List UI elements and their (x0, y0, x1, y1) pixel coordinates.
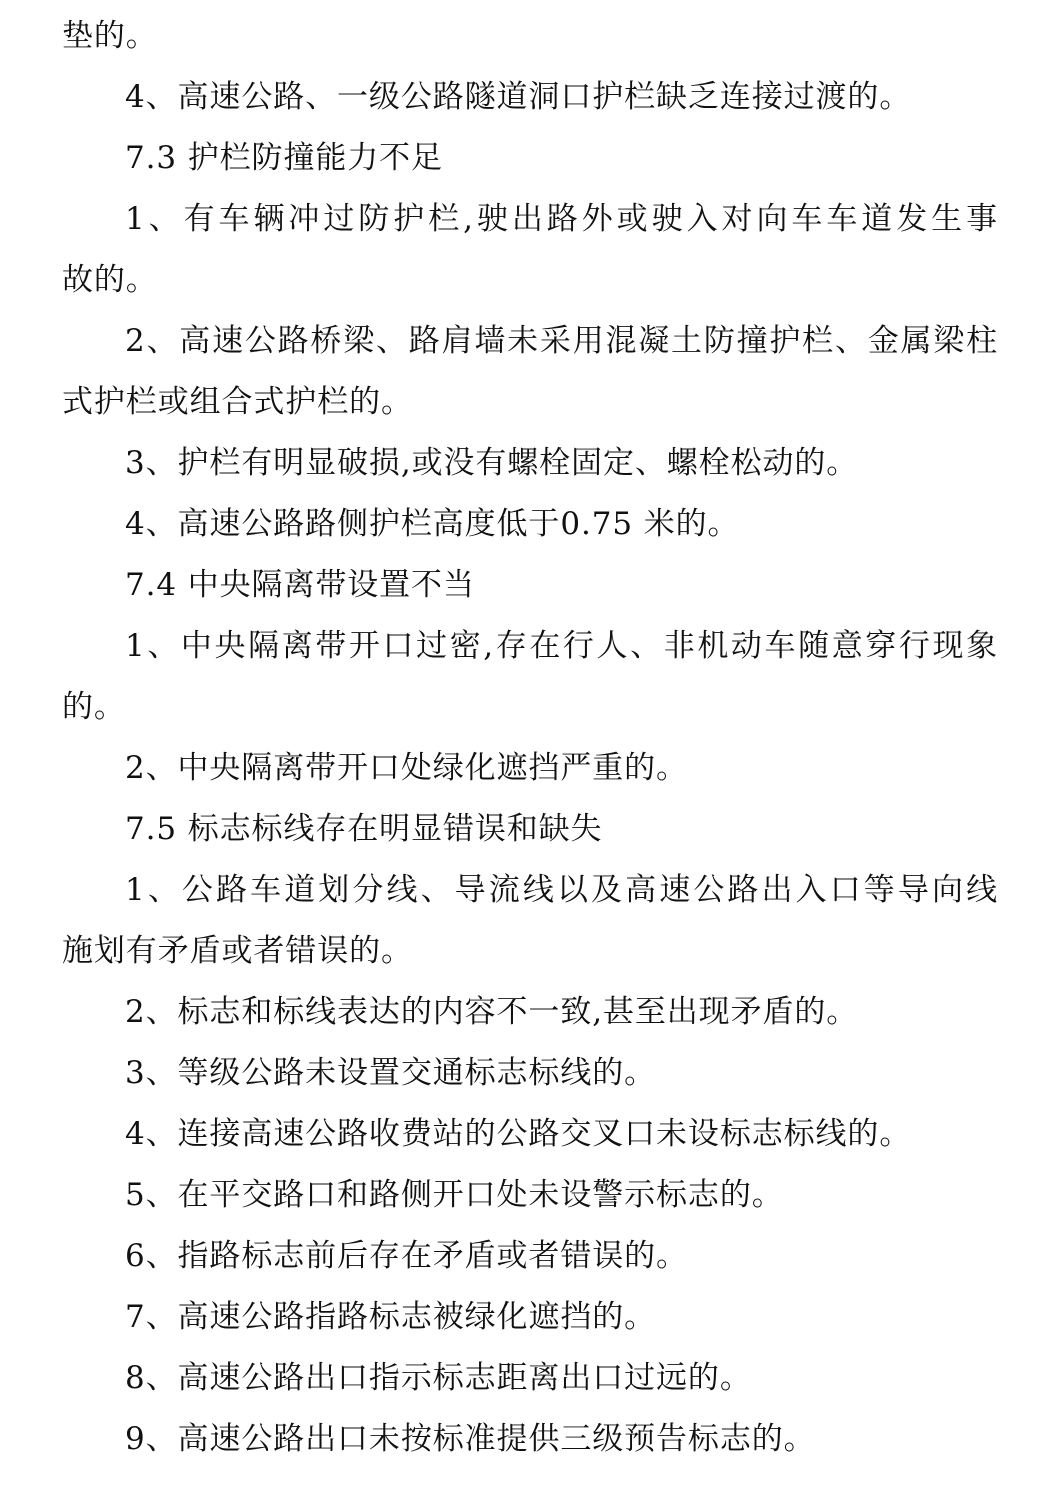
list-item: 9、高速公路出口未按标准提供三级预告标志的。 (125, 1409, 816, 1470)
list-item: 3、护栏有明显破损,或没有螺栓固定、螺栓松动的。 (125, 433, 858, 494)
list-item: 7、高速公路指路标志被绿化遮挡的。 (125, 1287, 656, 1348)
list-item: 3、等级公路未设置交通标志标线的。 (125, 1043, 656, 1104)
section-heading-7-4: 7.4 中央隔离带设置不当 (125, 555, 475, 616)
list-item: 4、高速公路、一级公路隧道洞口护栏缺乏连接过渡的。 (125, 67, 911, 128)
paragraph-continuation: 施划有矛盾或者错误的。 (62, 921, 413, 982)
list-item: 1、有车辆冲过防护栏,驶出路外或驶入对向车车道发生事 (125, 189, 998, 250)
section-heading-7-5: 7.5 标志标线存在明显错误和缺失 (125, 799, 602, 860)
list-item: 1、公路车道划分线、导流线以及高速公路出入口等导向线 (125, 860, 998, 921)
list-item: 4、高速公路路侧护栏高度低于0.75 米的。 (125, 494, 739, 555)
list-item: 1、中央隔离带开口过密,存在行人、非机动车随意穿行现象 (125, 616, 998, 677)
paragraph-continuation: 的。 (62, 677, 126, 738)
paragraph-continuation: 故的。 (62, 250, 158, 311)
paragraph-continuation: 式护栏或组合式护栏的。 (62, 372, 413, 433)
list-item: 2、高速公路桥梁、路肩墙未采用混凝土防撞护栏、金属梁柱 (125, 311, 998, 372)
section-heading-7-3: 7.3 护栏防撞能力不足 (125, 128, 443, 189)
list-item: 5、在平交路口和路侧开口处未设警示标志的。 (125, 1165, 784, 1226)
list-item: 4、连接高速公路收费站的公路交叉口未设标志标线的。 (125, 1104, 911, 1165)
list-item: 6、指路标志前后存在矛盾或者错误的。 (125, 1226, 688, 1287)
paragraph-continuation: 垫的。 (62, 6, 158, 67)
list-item: 2、标志和标线表达的内容不一致,甚至出现矛盾的。 (125, 982, 858, 1043)
list-item: 2、中央隔离带开口处绿化遮挡严重的。 (125, 738, 688, 799)
list-item: 8、高速公路出口指示标志距离出口过远的。 (125, 1348, 752, 1409)
